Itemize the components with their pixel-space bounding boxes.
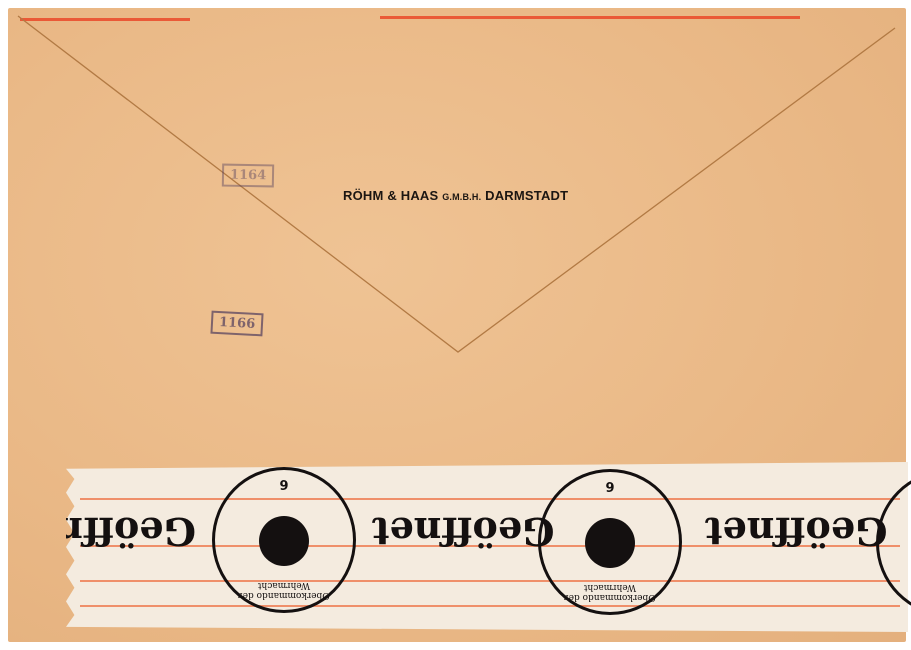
red-marking: [20, 18, 190, 21]
tape-text-geoffnet: Geöffnet: [66, 512, 196, 550]
tape-text-geoffnet: Geöffnet: [705, 512, 888, 550]
box-stamp-faded: 1164: [222, 164, 275, 188]
censor-seal: Oberkommando der Wehrmacht 6: [538, 469, 682, 615]
sender-imprint: RÖHM & HAAS G.M.B.H. DARMSTADT: [343, 188, 568, 203]
red-marking: [380, 16, 800, 19]
seal-number: 6: [541, 478, 679, 493]
tape-text-geoffnet: Geöffnet: [372, 512, 555, 550]
sender-company-form: G.M.B.H.: [442, 192, 481, 202]
seal-text: Oberkommando der Wehrmacht: [215, 580, 353, 600]
sender-name: RÖHM & HAAS: [343, 188, 438, 203]
seal-emblem-icon: [259, 516, 309, 566]
seal-emblem-icon: [585, 518, 635, 568]
box-stamp: 1166: [210, 311, 263, 337]
red-line: [80, 605, 900, 607]
red-line: [80, 580, 900, 582]
seal-number: 6: [215, 476, 353, 491]
sender-city: DARMSTADT: [485, 188, 568, 203]
seal-text: Oberkommando der Wehrmacht: [541, 582, 679, 602]
red-line: [80, 498, 900, 500]
censor-seal: Oberkommando der Wehrmacht 6: [212, 467, 356, 613]
